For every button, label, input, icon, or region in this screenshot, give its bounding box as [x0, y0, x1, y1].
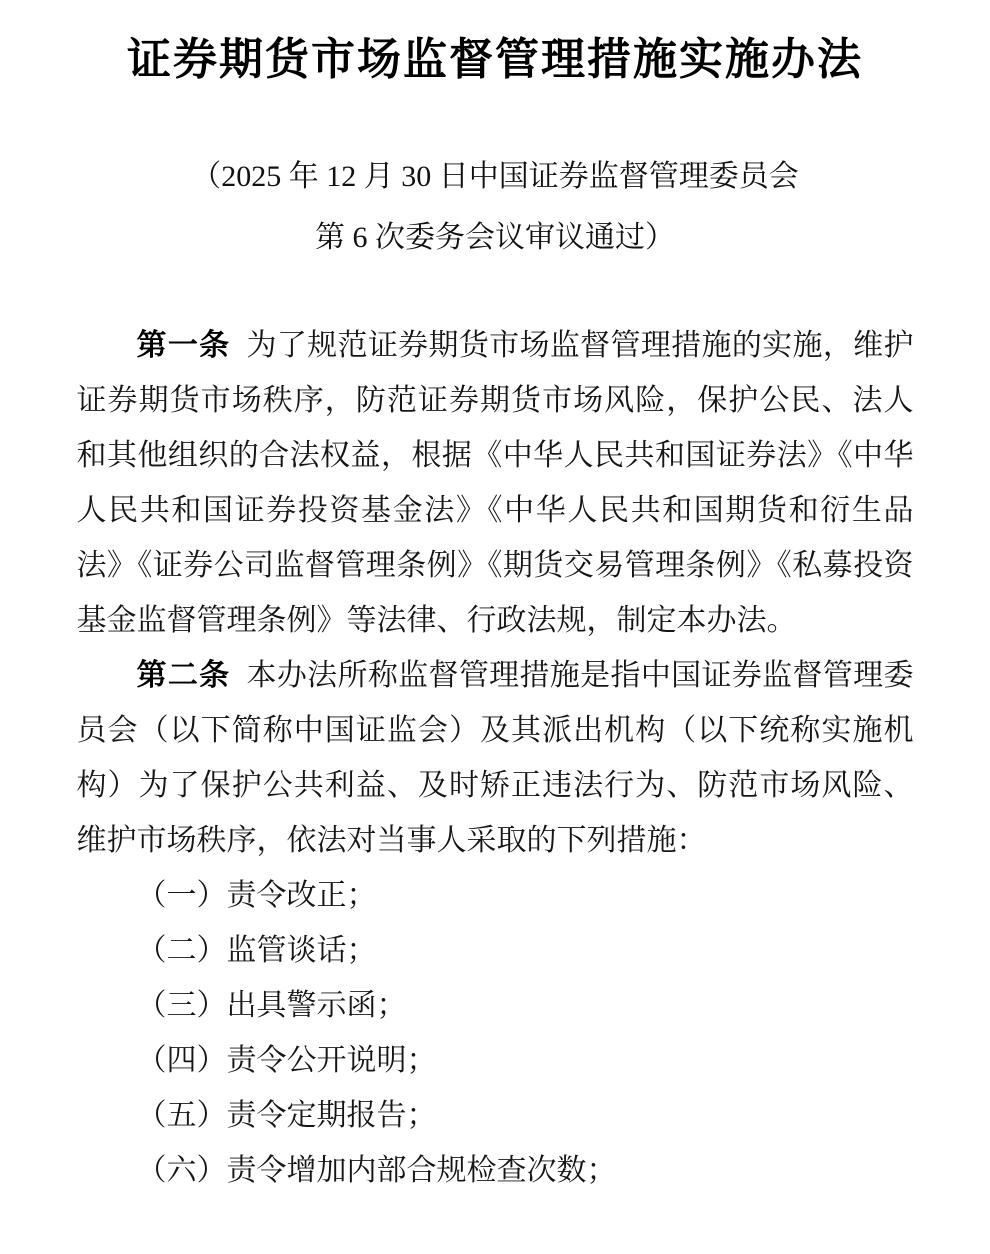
document-title: 证券期货市场监督管理措施实施办法: [0, 0, 990, 86]
article-2-label: 第二条: [137, 659, 231, 692]
list-item-3: （三）出具警示函；: [77, 978, 914, 1033]
list-item-5: （五）责令定期报告；: [77, 1088, 914, 1143]
document-body: 第一条为了规范证券期货市场监督管理措施的实施，维护证券期货市场秩序，防范证券期货…: [77, 318, 914, 1198]
subtitle-line-2: 第 6 次委务会议审议通过）: [0, 207, 990, 268]
article-paragraph-2: 第二条本办法所称监督管理措施是指中国证券监督管理委员会（以下简称中国证监会）及其…: [77, 648, 914, 868]
document-page: 证券期货市场监督管理措施实施办法 （2025 年 12 月 30 日中国证券监督…: [0, 0, 990, 1254]
list-item-2: （二）监管谈话；: [77, 923, 914, 978]
subtitle-line-1: （2025 年 12 月 30 日中国证券监督管理委员会: [0, 146, 990, 207]
document-subtitle: （2025 年 12 月 30 日中国证券监督管理委员会 第 6 次委务会议审议…: [0, 146, 990, 268]
article-paragraph-1: 第一条为了规范证券期货市场监督管理措施的实施，维护证券期货市场秩序，防范证券期货…: [77, 318, 914, 648]
list-item-4: （四）责令公开说明；: [77, 1033, 914, 1088]
article-1-label: 第一条: [137, 329, 231, 362]
list-item-6: （六）责令增加内部合规检查次数；: [77, 1143, 914, 1198]
article-1-text: 为了规范证券期货市场监督管理措施的实施，维护证券期货市场秩序，防范证券期货市场风…: [77, 329, 914, 637]
list-item-1: （一）责令改正；: [77, 868, 914, 923]
